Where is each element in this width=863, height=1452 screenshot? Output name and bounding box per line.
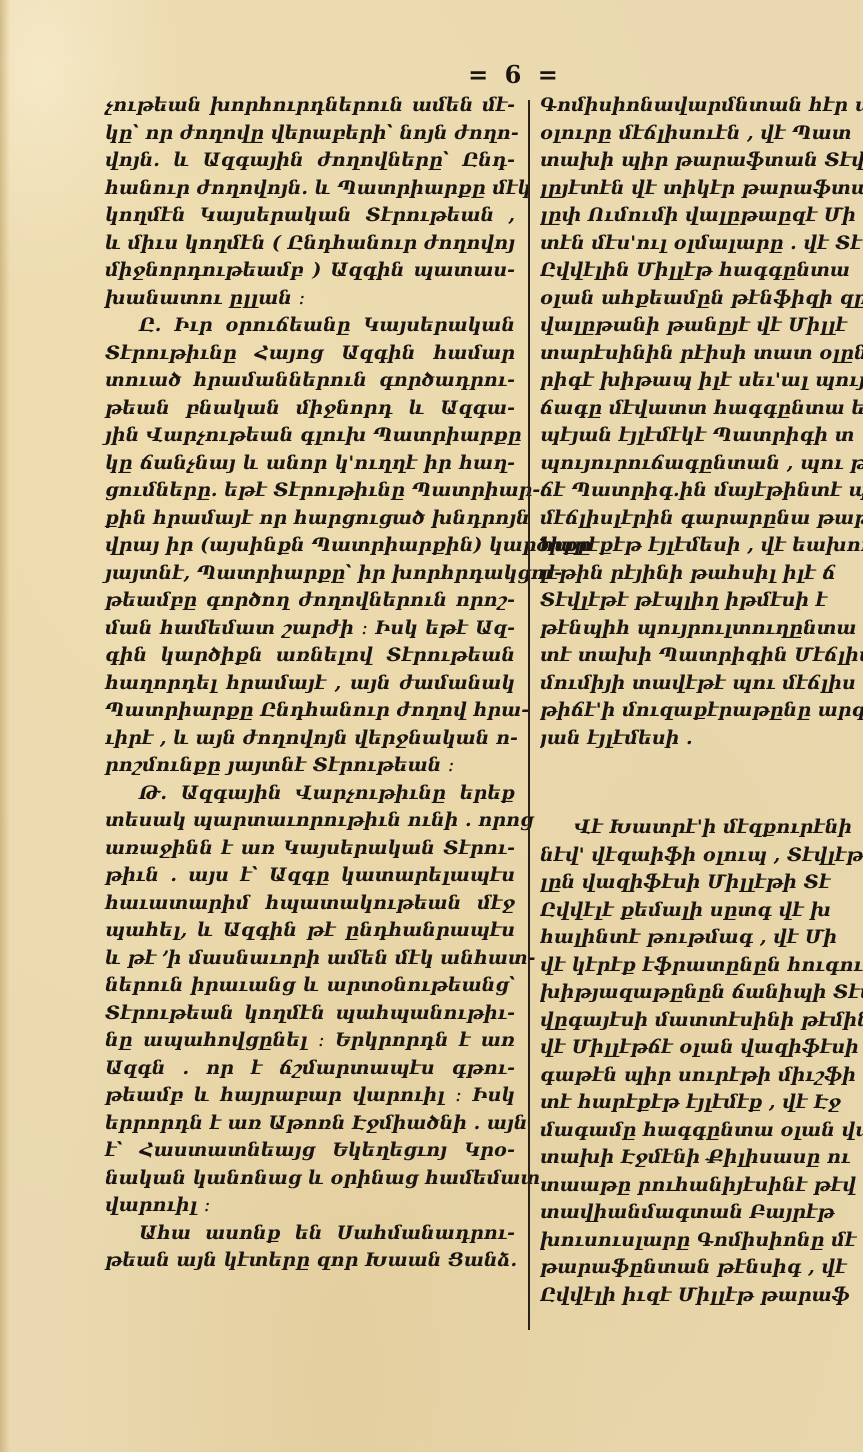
text-line: քին հրամայէ որ հարցուցած խնդրոյն — [105, 505, 515, 533]
text-line: գին կարծիքն առնելով Տէրութեան — [105, 642, 515, 670]
text-line: լէթին րէյինի թահսիլ իլէ ճ — [540, 560, 863, 588]
text-line: թիճէ'ի մուզաքէրաթընը արզ — [540, 697, 863, 725]
text-line: թեան բնական միջնորդ և Ազգա- — [105, 395, 515, 423]
text-line: տախի Էջմէնի Քիլիսասը ու — [540, 1144, 863, 1172]
column-divider — [528, 100, 530, 1330]
text-line: չութեան խորհուրդներուն ամեն մէ- — [105, 92, 515, 120]
text-line: թիւն . այս է՝ Ազգը կատարելապէս — [105, 862, 515, 890]
text-line: և թէ ՚ի մասնաւորի ամեն մէկ անհատ- — [105, 945, 515, 973]
text-line: խիթյազաթընըն ճանիպի Տէվլ — [540, 979, 863, 1007]
text-line: ման համեմատ շարժի ։ Իսկ եթէ Ազ- — [105, 615, 515, 643]
text-line: տէ տախի Պատրիգին Մէճլիս — [540, 642, 863, 670]
text-line: նական կանոնաց և օրինաց համեմատ — [105, 1165, 515, 1193]
text-line: գաթէն պիր սուրէթի միւշֆի — [540, 1062, 863, 1090]
text-line: տաաթը րուհանիյէսինէ թէվ — [540, 1172, 863, 1200]
text-line: ճագը մէվատտ հագգընտա եա — [540, 395, 863, 423]
text-line: միջնորդութեամբ ) Ազգին պատաս- — [105, 257, 515, 285]
text-line: տավիանմագտան Բայրէթ — [540, 1199, 863, 1227]
text-line: նէվ' վէզաիֆի օլուպ , Տէվլէթ — [540, 842, 863, 870]
text-line: մումիյի տավէթէ պու մէճլիս — [540, 670, 863, 698]
text-line: հալինտէ թութմագ , վէ Մի — [540, 924, 863, 952]
text-line: կողմէն Կայսերական Տէրութեան , — [105, 202, 515, 230]
text-line: թեամբ և հայրաբար վարուիլ ։ Իսկ — [105, 1082, 515, 1110]
page-edge-shading — [0, 0, 10, 1452]
text-line: թարաֆընտան թէնսիգ , վէ — [540, 1254, 863, 1282]
text-line: Վէ Խատրէ'ի մէզքուրէնի — [540, 814, 863, 842]
text-line: րոշմունքը յայտնէ Տէրութեան ։ — [105, 752, 515, 780]
text-line: պույուրուճագընտան , պու թա — [540, 450, 863, 478]
right-column-bottom-block: Վէ Խատրէ'ի մէզքուրէնինէվ' վէզաիֆի օլուպ … — [540, 814, 863, 1309]
text-line: հաղորդել հրամայէ , այն ժամանակ — [105, 670, 515, 698]
text-line: տարէսինին րէիսի տատ օլըն — [540, 340, 863, 368]
text-line: հանուր ժողովոյն. և Պատրիարքը մէկ — [105, 175, 515, 203]
text-line: կը՝ որ ժողովը վերաբերի՝ նոյն ժողո- — [105, 120, 515, 148]
text-line: լըփ Ումումի վալըթաըզէ Մի — [540, 202, 863, 230]
text-line: խուսուսլարը Գոմիսիոնը մէ — [540, 1227, 863, 1255]
text-line: յան էյլէմեսի . — [540, 725, 863, 753]
text-line: թէնպիհ պույրուլտուղընտա պ — [540, 615, 863, 643]
text-line: ւիրէ , և այն ժողովոյն վերջնական ո- — [105, 725, 515, 753]
text-line: Տէրութեան կողմէն պահպանութիւ- — [105, 1000, 515, 1028]
text-line: վալըթանի թանըյէ վէ Միլլէ — [540, 312, 863, 340]
text-line: կը ճանչնայ և անոր կ'ուղղէ իր հաղ- — [105, 450, 515, 478]
text-line: է՝ Հաստատնեայց Եկեղեցւոյ Կրօ- — [105, 1137, 515, 1165]
text-line: րիգէ խիթապ իլէ սեւ'ալ պույ — [540, 367, 863, 395]
text-line: տէն մէս'ուլ օլմալարը . վէ Տէ — [540, 230, 863, 258]
text-line: ճէ Պատրիգ.ին մայէթինտէ պու — [540, 477, 863, 505]
text-line: մագամը հագգընտա օլան վա — [540, 1117, 863, 1145]
text-line: յին Վարչութեան գլուխ Պատրիարքը — [105, 422, 515, 450]
text-line: Ըվվէլէ քեմալի սըտգ վէ խ — [540, 897, 863, 925]
text-line: հաւատարիմ հպատակութեան մէջ — [105, 890, 515, 918]
text-line: պէյան էյլէմէկէ Պատրիգի տ — [540, 422, 863, 450]
text-line: ներուն իրաւանց և արտօնութեանց՝ — [105, 972, 515, 1000]
text-line: յայտնէ, Պատրիարքը՝ իր խորհրդակցու- — [105, 560, 515, 588]
page-number: = 6 = — [0, 60, 863, 89]
text-line: հարէքէթ էյլէմեսի , վէ եախուտ — [540, 532, 863, 560]
text-line: տէ հարէքէթ էյլէմէք , վէ Էջ — [540, 1089, 863, 1117]
text-line: օլուրը մէճլիսուէն , վէ Պատ — [540, 120, 863, 148]
text-line: ցումները. եթէ Տէրութիւնը Պատրիար- — [105, 477, 515, 505]
text-line: տուած հրամաններուն գործադրու- — [105, 367, 515, 395]
text-line: մէճլիսլէրին գարարընա թաթ — [540, 505, 863, 533]
text-line: Ըվվէլի իւզէ Միլլէթ թարաֆ — [540, 1282, 863, 1310]
text-line: վէ կէրէք էֆրատընըն հուգու — [540, 952, 863, 980]
text-line: Ազգն . որ է ճշմարտապէս գթու- — [105, 1055, 515, 1083]
text-line: առաջինն է առ Կայսերական Տէրու- — [105, 835, 515, 863]
text-line: նը ապահովցընել ։ Երկրորդն է առ — [105, 1027, 515, 1055]
text-line: Ը. Իւր օրուճեանը Կայսերական — [105, 312, 515, 340]
text-line: վէ Միլլէթճէ օլան վազիֆէսի — [540, 1034, 863, 1062]
text-line: վրայ իր (այսինքն Պատրիարքին) կարծիքը — [105, 532, 515, 560]
text-line: տեսակ պարտաւորութիւն ունի . որոց — [105, 807, 515, 835]
text-line: Գոմիսիոնավարմնտան հէր պիրնիի — [540, 92, 863, 120]
text-line: պահել, և Ազգին թէ ընդհանրապէս — [105, 917, 515, 945]
text-line: խանատու ըլլան ։ — [105, 285, 515, 313]
text-line: վոյն. և Ազգային ժողովները՝ Ընդ- — [105, 147, 515, 175]
text-line: Պատրիարքը Ընդհանուր ժողով հրա- — [105, 697, 515, 725]
right-column-top-block: Գոմիսիոնավարմնտան հէր պիրնիիօլուրը մէճլի… — [540, 92, 863, 752]
text-line: Ըվվէլին Միլլէթ հագգընտա — [540, 257, 863, 285]
right-text-column: Գոմիսիոնավարմնտան հէր պիրնիիօլուրը մէճլի… — [540, 92, 863, 1309]
left-text-column: չութեան խորհուրդներուն ամեն մէ-կը՝ որ ժո… — [105, 92, 515, 1275]
text-line: լըյէտէն վէ տիկէր թարաֆտան — [540, 175, 863, 203]
text-line: վարուիլ ։ — [105, 1192, 515, 1220]
text-line: վըգայէսի մատտէսինի թէմին — [540, 1007, 863, 1035]
text-line: լըն վազիֆէսի Միլլէթի Տէ — [540, 869, 863, 897]
text-line: թեամբը գործող ժողովներուն որոշ- — [105, 587, 515, 615]
paragraph-gap — [540, 752, 863, 814]
text-line: Տէվլէթէ թէպլիղ իթմէսի է — [540, 587, 863, 615]
text-line: Ահա ասոնք են Սահմանադրու- — [105, 1220, 515, 1248]
text-line: Թ. Ազգային Վարչութիւնը երեք — [105, 780, 515, 808]
text-line: թեան այն կէտերը զոր Խաան Ցանձ. — [105, 1247, 515, 1275]
text-line: տախի պիր թարաֆտան Տէվլէ — [540, 147, 863, 175]
text-line: Տէրութիւնը Հայոց Ազգին համար — [105, 340, 515, 368]
text-line: և միւս կողմէն ( Ընդհանուր ժողովոյ — [105, 230, 515, 258]
text-line: երրորդն է առ Աթոռն Էջմիածնի . այն — [105, 1110, 515, 1138]
text-line: օլան ահքեամըն թէնֆիզի զըմն — [540, 285, 863, 313]
